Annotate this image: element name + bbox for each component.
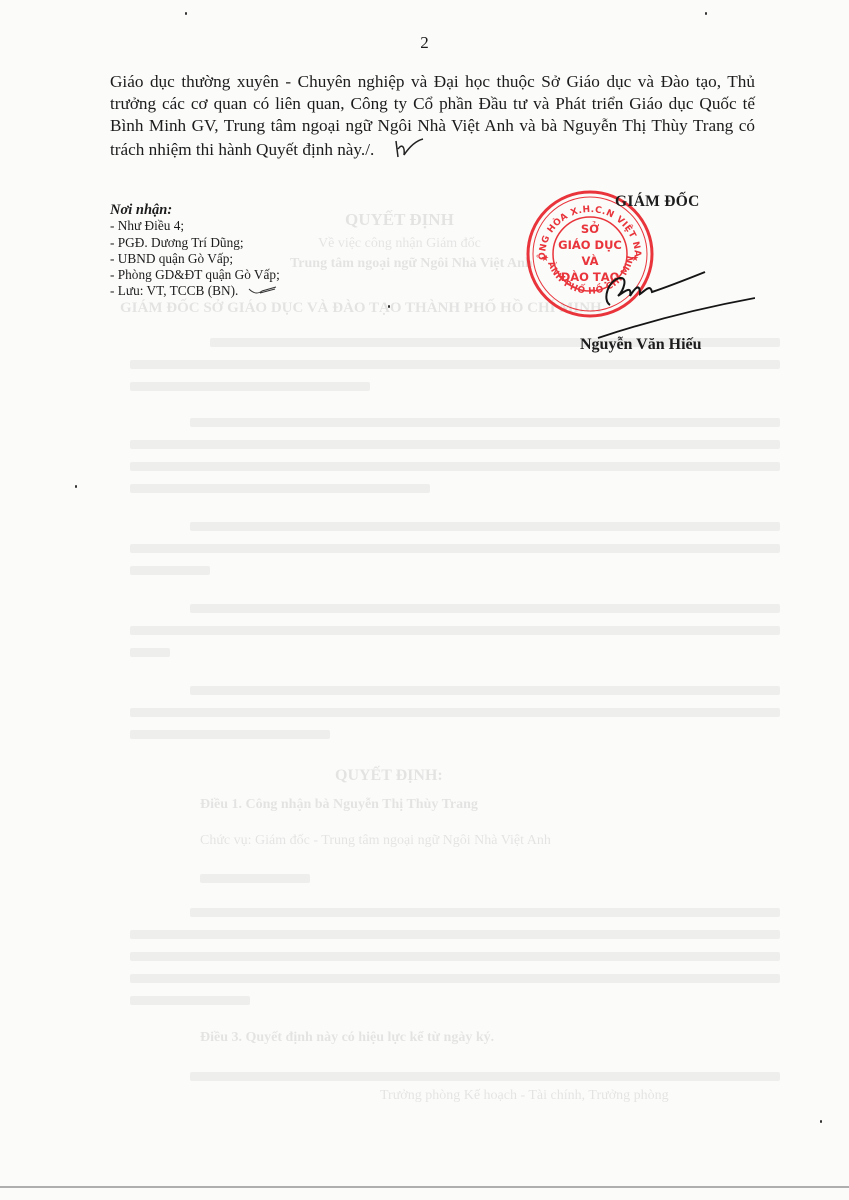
ghost-line: Về việc công nhận Giám đốc: [318, 236, 481, 252]
svg-text:SỞ: SỞ: [581, 220, 599, 236]
initials-mark-icon: [393, 137, 427, 165]
recipient-item: - UBND quận Gò Vấp;: [110, 251, 340, 267]
recipients-list: Nơi nhận: - Như Điều 4; - PGĐ. Dương Trí…: [110, 202, 340, 301]
closing-paragraph: Giáo dục thường xuyên - Chuyên nghiệp và…: [110, 71, 755, 165]
ghost-line: Điều 1. Công nhận bà Nguyễn Thị Thùy Tra…: [200, 797, 478, 813]
handwritten-signature-icon: [580, 250, 755, 350]
ghost-line: Điều 3. Quyết định này có hiệu lực kể từ…: [200, 1030, 494, 1046]
recipients-heading: Nơi nhận:: [110, 202, 340, 218]
paragraph-text: Giáo dục thường xuyên - Chuyên nghiệp và…: [110, 72, 755, 159]
signer-name: Nguyễn Văn Hiếu: [580, 336, 702, 354]
ghost-heading: QUYẾT ĐỊNH: [345, 210, 454, 230]
signature-block: CỘNG HÒA X.H.C.N VIỆT NAM THÀNH PHỐ HỒ C…: [520, 185, 750, 365]
recipient-item: - Phòng GD&ĐT quận Gò Vấp;: [110, 267, 340, 283]
ghost-line: Trưởng phòng Kế hoạch - Tài chính, Trưởn…: [380, 1088, 669, 1104]
ghost-line: Chức vụ: Giám đốc - Trung tâm ngoại ngữ …: [200, 833, 551, 849]
initials-flourish-icon: [248, 284, 278, 300]
page-number: 2: [0, 33, 849, 53]
recipient-item-text: - Lưu: VT, TCCB (BN).: [110, 283, 238, 298]
recipient-item: - PGĐ. Dương Trí Dũng;: [110, 235, 340, 251]
recipient-item: - Lưu: VT, TCCB (BN).: [110, 283, 340, 300]
svg-text:★: ★: [541, 253, 549, 263]
recipient-item: - Như Điều 4;: [110, 218, 340, 234]
page-edge: [0, 1186, 849, 1188]
ghost-heading: QUYẾT ĐỊNH:: [335, 767, 443, 785]
signer-title: GIÁM ĐỐC: [615, 193, 700, 211]
